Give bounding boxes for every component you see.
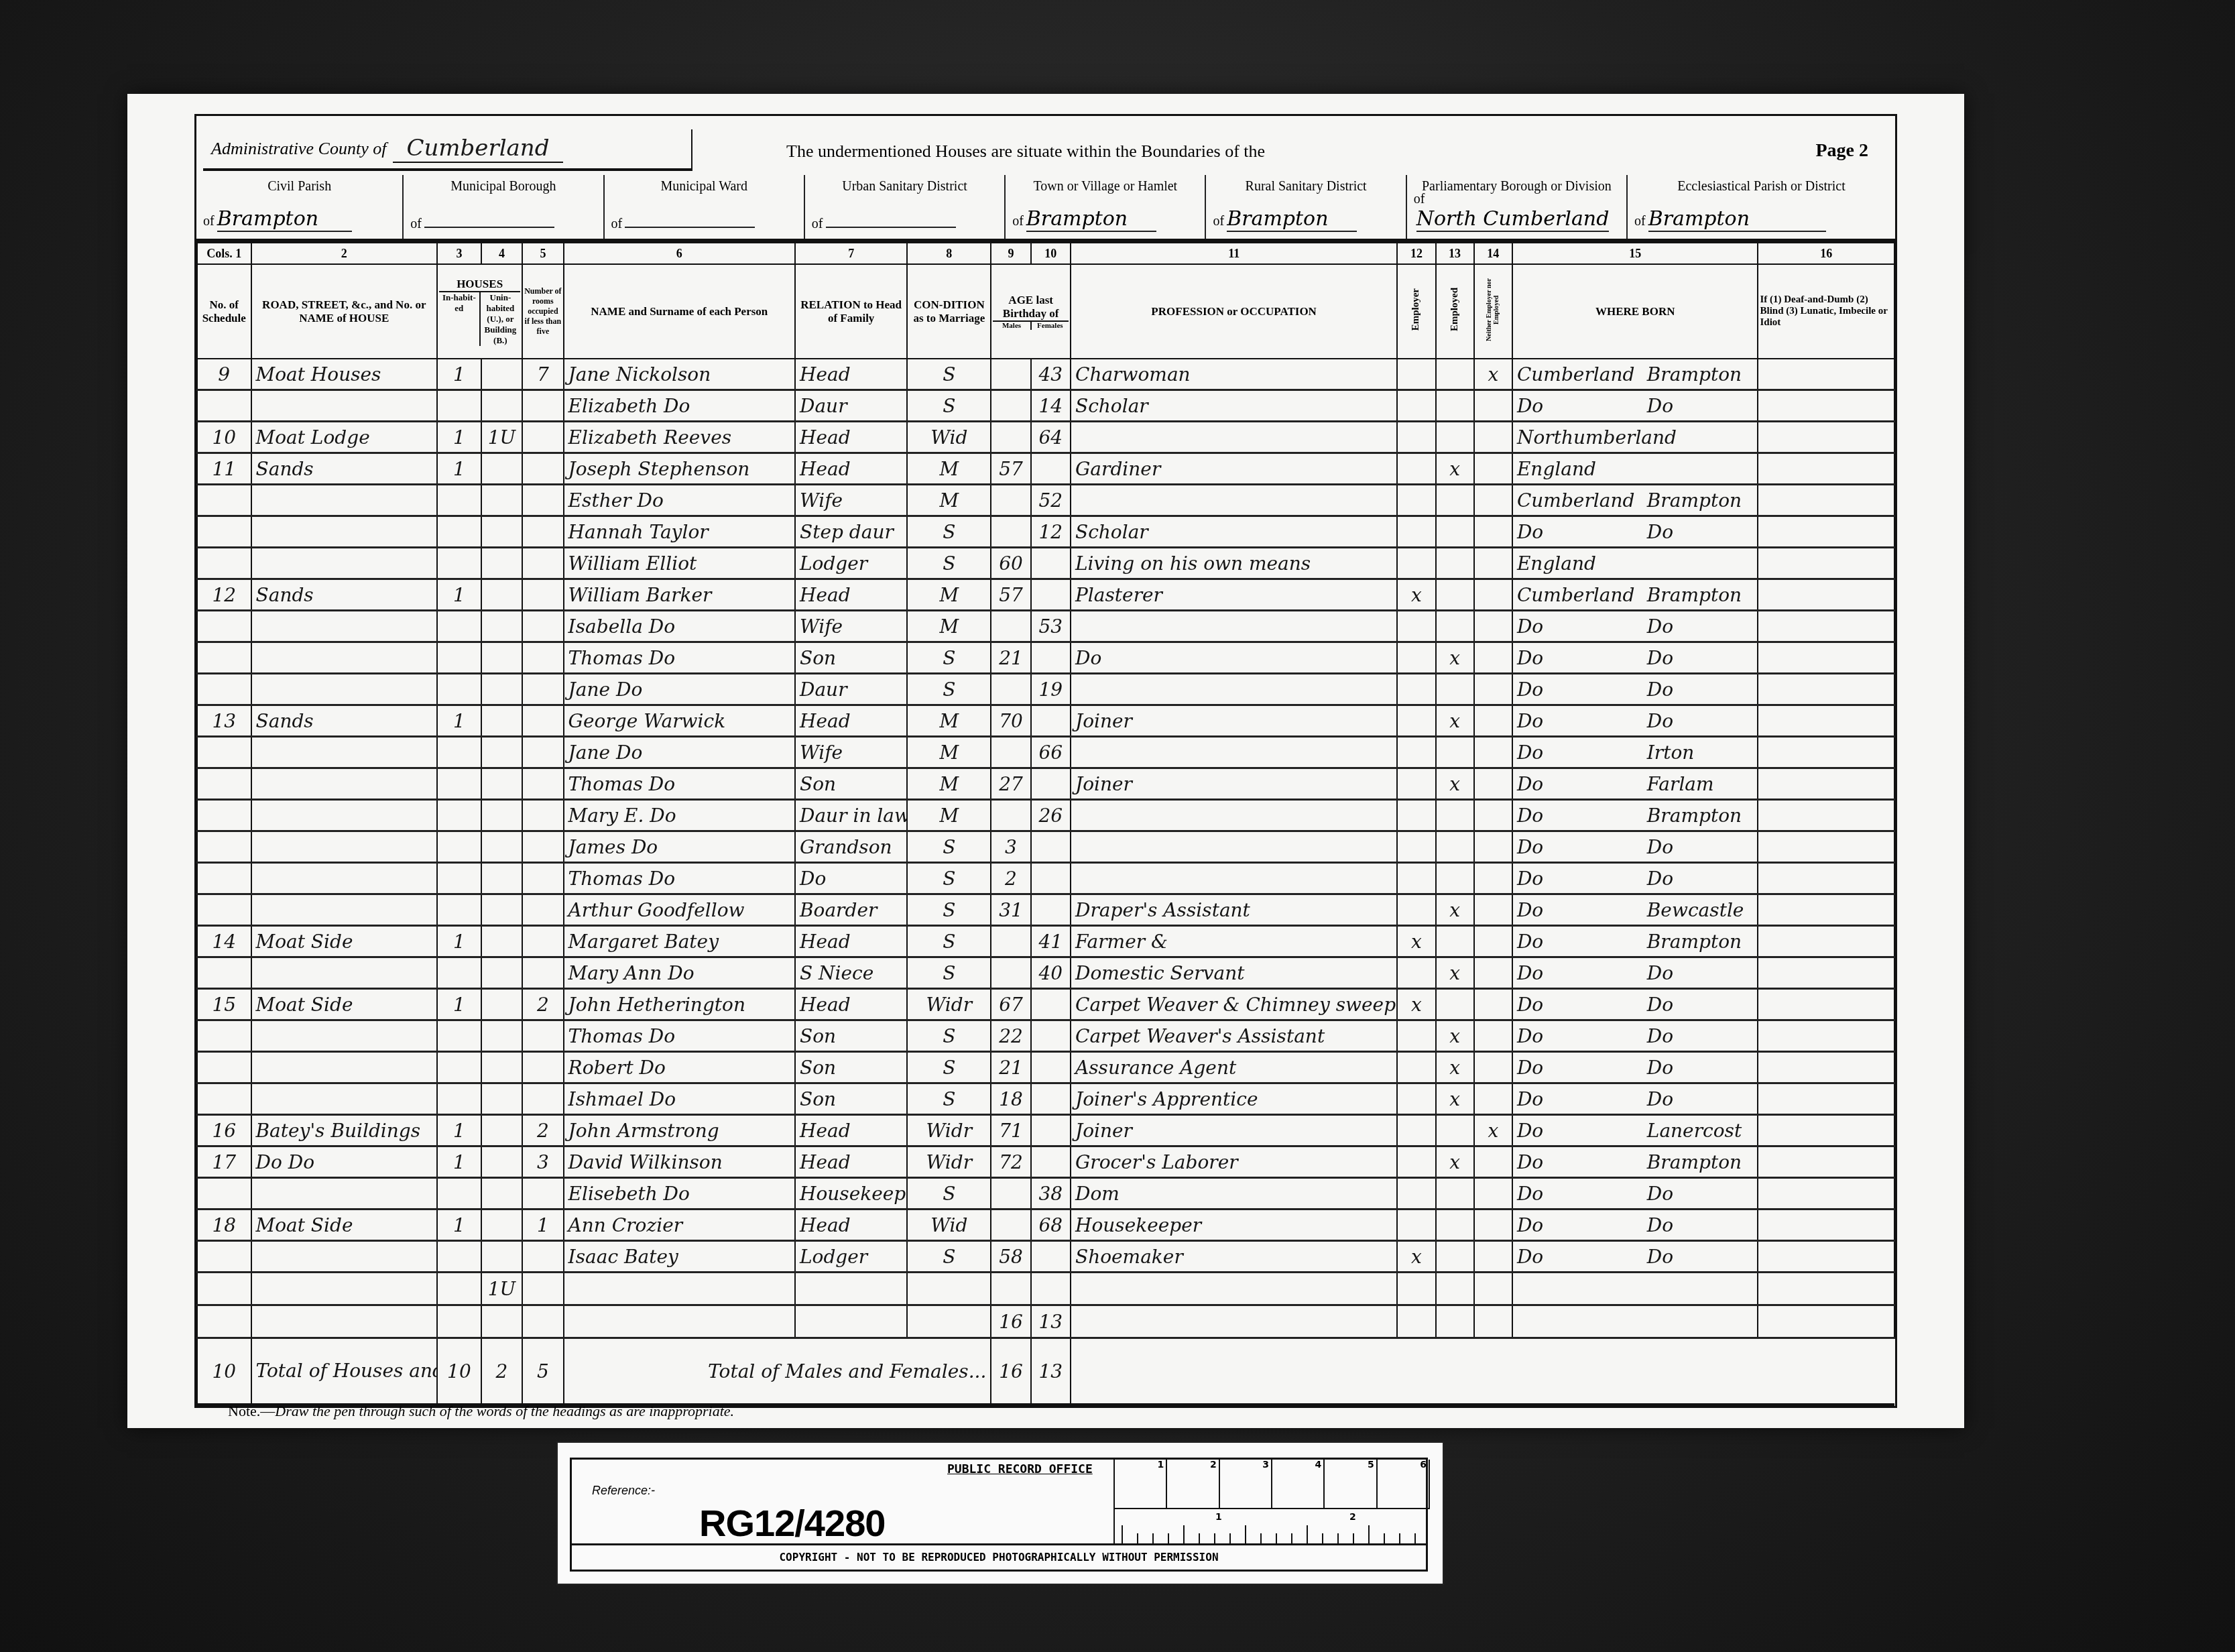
- cell-infirmity: [1758, 611, 1894, 642]
- cell-schedule: [197, 1052, 251, 1083]
- person-row: 13Sands1George WarwickHeadM70JoinerxDoDo: [197, 705, 1894, 737]
- cell-employer: [1397, 1052, 1435, 1083]
- cell-inhabited: [437, 611, 481, 642]
- cell-house: [251, 957, 438, 989]
- cell-house: [251, 1241, 438, 1273]
- district-value: [625, 227, 755, 228]
- reference-code: RG12/4280: [699, 1501, 885, 1545]
- cell-male-age: [991, 926, 1030, 957]
- cell-schedule: [197, 674, 251, 705]
- employer-label: Employer: [1410, 288, 1422, 331]
- cell-employer: [1397, 705, 1435, 737]
- born-place: Brampton: [1647, 489, 1742, 512]
- cell-female-age: [1031, 989, 1071, 1020]
- cell-rooms: [522, 485, 563, 516]
- cell-male-age: 72: [991, 1146, 1030, 1178]
- born-place: Brampton: [1647, 584, 1742, 606]
- cell-condition: M: [907, 737, 991, 768]
- cell-rooms: [522, 1178, 563, 1209]
- cell-occupation: [1071, 485, 1397, 516]
- col-occupation-heading: PROFESSION or OCCUPATION: [1071, 264, 1397, 359]
- cell-relation: Step daur: [795, 516, 907, 548]
- person-row: Elisebeth DoHousekeeperS38DomDoDo: [197, 1178, 1894, 1209]
- cell-house: [251, 1083, 438, 1115]
- cell-schedule: 13: [197, 705, 251, 737]
- cell-occupation: Farmer &: [1071, 926, 1397, 957]
- cell-rooms: [522, 516, 563, 548]
- cell-occupation: Do: [1071, 642, 1397, 674]
- cell-neither: [1474, 390, 1512, 422]
- district-label: Urban Sanitary District: [805, 175, 1004, 194]
- cell-where-born: CumberlandBrampton: [1512, 485, 1758, 516]
- cell-occupation: Joiner: [1071, 705, 1397, 737]
- cell-name: Elizabeth Reeves: [564, 422, 795, 453]
- cell-employed: x: [1436, 957, 1474, 989]
- cell-schedule: [197, 1020, 251, 1052]
- cell-employer: [1397, 453, 1435, 485]
- born-county: Do: [1517, 1183, 1647, 1205]
- ruler-inch-mark: 1: [1215, 1512, 1222, 1523]
- cell-schedule: [197, 1083, 251, 1115]
- cell-employed: [1436, 1115, 1474, 1146]
- cell-neither: [1474, 863, 1512, 894]
- cell-inhabited: [437, 485, 481, 516]
- col-road-heading: ROAD, STREET, &c., and No. or NAME of HO…: [251, 264, 438, 359]
- born-county: England: [1517, 458, 1647, 480]
- cell-where-born: DoDo: [1512, 516, 1758, 548]
- cell-name: George Warwick: [564, 705, 795, 737]
- person-row: 10Moat Lodge11UElizabeth ReevesHeadWid64…: [197, 422, 1894, 453]
- cell-rooms: 2: [522, 1115, 563, 1146]
- district-value: Brampton: [1227, 207, 1357, 232]
- cell-condition: M: [907, 611, 991, 642]
- cell-relation: Son: [795, 1083, 907, 1115]
- cell-male-age: 60: [991, 548, 1030, 579]
- district-6: Parliamentary Borough or DivisionofNorth…: [1407, 175, 1628, 239]
- cell-uninhabited: [481, 926, 522, 957]
- cell-employed: [1436, 674, 1474, 705]
- born-county: Northumberland: [1517, 426, 1647, 449]
- cell-where-born: DoDo: [1512, 1241, 1758, 1273]
- cell-relation: Grandson: [795, 831, 907, 863]
- cell-employed: [1436, 800, 1474, 831]
- col-rooms-heading: Number of rooms occupied if less than fi…: [522, 264, 563, 359]
- person-row: 12Sands1William BarkerHeadM57PlastererxC…: [197, 579, 1894, 611]
- cell-neither: [1474, 705, 1512, 737]
- cell-relation: Daur: [795, 390, 907, 422]
- column-number: 8: [907, 243, 991, 264]
- cell-relation: Housekeeper: [795, 1178, 907, 1209]
- uninhabited-label: Unin-habited (U.), or Building (B.): [481, 292, 521, 346]
- cell-condition: S: [907, 674, 991, 705]
- born-county: Do: [1517, 773, 1647, 795]
- cell-rooms: [522, 705, 563, 737]
- cell-occupation: [1071, 674, 1397, 705]
- cell-employer: [1397, 800, 1435, 831]
- person-row: 18Moat Side11Ann CrozierHeadWid68Houseke…: [197, 1209, 1894, 1241]
- cell-inhabited: [437, 768, 481, 800]
- ruler-cm-mark: 4: [1272, 1460, 1325, 1508]
- cell-infirmity: [1758, 800, 1894, 831]
- col-age-heading: AGE last Birthday of Males Females: [991, 264, 1071, 359]
- cell-employer: [1397, 768, 1435, 800]
- cell-rooms: [522, 674, 563, 705]
- cell-where-born: CumberlandBrampton: [1512, 579, 1758, 611]
- census-frame: Administrative County of Cumberland The …: [194, 114, 1897, 1408]
- cell-female-age: [1031, 1241, 1071, 1273]
- cell-occupation: Joiner's Apprentice: [1071, 1083, 1397, 1115]
- cell-male-age: [991, 516, 1030, 548]
- cell-schedule: [197, 390, 251, 422]
- cell-female-age: [1031, 1020, 1071, 1052]
- born-county: Do: [1517, 1057, 1647, 1079]
- cell-employed: [1436, 989, 1474, 1020]
- cell-infirmity: [1758, 1146, 1894, 1178]
- cell-occupation: Carpet Weaver & Chimney sweep: [1071, 989, 1397, 1020]
- born-place: Farlam: [1647, 773, 1714, 795]
- subtotal-row: 16 13: [197, 1305, 1894, 1338]
- houses-label: HOUSES: [439, 278, 520, 292]
- cell-condition: S: [907, 1020, 991, 1052]
- cell-condition: Widr: [907, 1115, 991, 1146]
- person-row: Jane DoDaurS19DoDo: [197, 674, 1894, 705]
- cell-name: David Wilkinson: [564, 1146, 795, 1178]
- cell-condition: S: [907, 926, 991, 957]
- cell-inhabited: [437, 390, 481, 422]
- cell-infirmity: [1758, 453, 1894, 485]
- cell-house: [251, 1178, 438, 1209]
- reference-card: PUBLIC RECORD OFFICE Reference:- RG12/42…: [556, 1441, 1444, 1585]
- reference-label: Reference:-: [592, 1484, 655, 1498]
- district-label: Town or Village or Hamlet: [1006, 175, 1205, 194]
- cell-female-age: 40: [1031, 957, 1071, 989]
- born-place: Do: [1647, 1057, 1673, 1079]
- born-place: Do: [1647, 962, 1673, 984]
- cell-uninhabited: [481, 1241, 522, 1273]
- cell-schedule: [197, 800, 251, 831]
- cell-uninhabited: [481, 1020, 522, 1052]
- cell-female-age: 68: [1031, 1209, 1071, 1241]
- cell-schedule: [197, 1178, 251, 1209]
- cell-employed: [1436, 359, 1474, 390]
- col-relation-heading: RELATION to Head of Family: [795, 264, 907, 359]
- cell-occupation: Scholar: [1071, 516, 1397, 548]
- cell-male-age: [991, 485, 1030, 516]
- cell-uninhabited: [481, 768, 522, 800]
- cell-occupation: [1071, 611, 1397, 642]
- cell-relation: Son: [795, 642, 907, 674]
- cell-where-born: DoBrampton: [1512, 1146, 1758, 1178]
- cell-employer: x: [1397, 926, 1435, 957]
- age-label: AGE last Birthday of: [993, 294, 1069, 322]
- cell-name: Margaret Batey: [564, 926, 795, 957]
- cell-infirmity: [1758, 863, 1894, 894]
- cell-schedule: 10: [197, 422, 251, 453]
- cell-employer: x: [1397, 1241, 1435, 1273]
- cell-neither: [1474, 516, 1512, 548]
- cell-condition: M: [907, 768, 991, 800]
- cell-condition: M: [907, 453, 991, 485]
- born-place: Do: [1647, 1246, 1673, 1268]
- cell-schedule: [197, 768, 251, 800]
- cell-female-age: [1031, 1052, 1071, 1083]
- administrative-county: Administrative County of Cumberland: [203, 129, 692, 171]
- cell-employer: [1397, 611, 1435, 642]
- born-county: Do: [1517, 1214, 1647, 1236]
- cell-occupation: Draper's Assistant: [1071, 894, 1397, 926]
- ruler-cm-mark: 6: [1378, 1460, 1430, 1508]
- census-sheet: Administrative County of Cumberland The …: [127, 94, 1964, 1428]
- cell-employer: [1397, 422, 1435, 453]
- column-number: 16: [1758, 243, 1894, 264]
- born-place: Brampton: [1647, 805, 1742, 827]
- person-row: 16Batey's Buildings12John ArmstrongHeadW…: [197, 1115, 1894, 1146]
- cell-house: Moat Houses: [251, 359, 438, 390]
- born-county: Cumberland: [1517, 363, 1647, 386]
- cell-where-born: DoDo: [1512, 989, 1758, 1020]
- district-value: Brampton: [217, 207, 352, 232]
- cell-where-born: DoDo: [1512, 390, 1758, 422]
- ruler-tick: [1122, 1525, 1123, 1545]
- cell-name: Esther Do: [564, 485, 795, 516]
- cell-rooms: [522, 768, 563, 800]
- cell-where-born: DoDo: [1512, 674, 1758, 705]
- cell-where-born: DoDo: [1512, 831, 1758, 863]
- cell-employed: [1436, 831, 1474, 863]
- cell-uninhabited: [481, 957, 522, 989]
- cell-where-born: DoBrampton: [1512, 800, 1758, 831]
- cell-house: Moat Side: [251, 926, 438, 957]
- born-county: Do: [1517, 868, 1647, 890]
- cell-employed: [1436, 926, 1474, 957]
- cell-rooms: [522, 390, 563, 422]
- cell-relation: Head: [795, 422, 907, 453]
- born-county: Do: [1517, 836, 1647, 858]
- cell-name: Ann Crozier: [564, 1209, 795, 1241]
- cell-inhabited: 1: [437, 359, 481, 390]
- cell-employer: x: [1397, 989, 1435, 1020]
- cell-male-age: 70: [991, 705, 1030, 737]
- born-place: Brampton: [1647, 931, 1742, 953]
- cell-where-born: DoBewcastle: [1512, 894, 1758, 926]
- ruler-inch-scale: 12: [1115, 1509, 1430, 1545]
- cell-male-age: 31: [991, 894, 1030, 926]
- cell-house: [251, 831, 438, 863]
- cell-neither: [1474, 1209, 1512, 1241]
- cell-where-born: DoDo: [1512, 863, 1758, 894]
- cell-employer: [1397, 737, 1435, 768]
- cell-employed: x: [1436, 768, 1474, 800]
- cell-occupation: Assurance Agent: [1071, 1052, 1397, 1083]
- cell-condition: M: [907, 485, 991, 516]
- cell-female-age: 53: [1031, 611, 1071, 642]
- cell-female-age: [1031, 642, 1071, 674]
- born-place: Lanercost: [1647, 1120, 1742, 1142]
- cell-female-age: [1031, 579, 1071, 611]
- cell-relation: Head: [795, 579, 907, 611]
- person-row: Robert DoSonS21Assurance AgentxDoDo: [197, 1052, 1894, 1083]
- cell-neither: [1474, 768, 1512, 800]
- district-0: Civil ParishofBrampton: [196, 175, 404, 239]
- cell-employed: [1436, 516, 1474, 548]
- cell-inhabited: [437, 1241, 481, 1273]
- males-label: Males: [993, 322, 1031, 330]
- cell-male-age: 27: [991, 768, 1030, 800]
- cell-where-born: DoIrton: [1512, 737, 1758, 768]
- cell-employed: [1436, 390, 1474, 422]
- cell-occupation: Shoemaker: [1071, 1241, 1397, 1273]
- cell-employer: [1397, 831, 1435, 863]
- district-4: Town or Village or HamletofBrampton: [1006, 175, 1206, 239]
- col-schedule-heading: No. of Schedule: [197, 264, 251, 359]
- cell-employed: [1436, 422, 1474, 453]
- cell-neither: [1474, 737, 1512, 768]
- cell-name: Thomas Do: [564, 1020, 795, 1052]
- cell-rooms: [522, 1241, 563, 1273]
- total-males: 16: [991, 1338, 1030, 1406]
- cell-male-age: 21: [991, 642, 1030, 674]
- note-text: Draw the pen through such of the words o…: [275, 1403, 734, 1419]
- cell-employer: x: [1397, 579, 1435, 611]
- cell-uninhabited: [481, 579, 522, 611]
- cell-house: Do Do: [251, 1146, 438, 1178]
- blank-uninhabited: 1U: [481, 1273, 522, 1305]
- cell-rooms: [522, 579, 563, 611]
- cell-name: Hannah Taylor: [564, 516, 795, 548]
- cell-condition: S: [907, 642, 991, 674]
- born-county: Cumberland: [1517, 489, 1647, 512]
- person-row: Hannah TaylorStep daurS12ScholarDoDo: [197, 516, 1894, 548]
- cell-neither: [1474, 642, 1512, 674]
- cell-female-age: 43: [1031, 359, 1071, 390]
- cell-inhabited: [437, 1178, 481, 1209]
- cell-female-age: [1031, 705, 1071, 737]
- cell-infirmity: [1758, 1178, 1894, 1209]
- cell-neither: [1474, 1020, 1512, 1052]
- cell-where-born: DoDo: [1512, 957, 1758, 989]
- cell-employed: [1436, 1241, 1474, 1273]
- cell-house: [251, 516, 438, 548]
- cell-relation: Daur in law: [795, 800, 907, 831]
- cell-schedule: [197, 863, 251, 894]
- cell-employer: [1397, 957, 1435, 989]
- person-row: Thomas DoSonS22Carpet Weaver's Assistant…: [197, 1020, 1894, 1052]
- district-prefix: of: [1012, 214, 1024, 229]
- district-3: Urban Sanitary Districtof: [805, 175, 1006, 239]
- cell-relation: Wife: [795, 611, 907, 642]
- cell-name: Thomas Do: [564, 768, 795, 800]
- cell-name: John Hetherington: [564, 989, 795, 1020]
- district-5: Rural Sanitary DistrictofBrampton: [1206, 175, 1406, 239]
- cell-female-age: 19: [1031, 674, 1071, 705]
- cell-employed: [1436, 611, 1474, 642]
- cell-female-age: [1031, 894, 1071, 926]
- cell-uninhabited: [481, 390, 522, 422]
- cell-rooms: 2: [522, 989, 563, 1020]
- column-number: 6: [564, 243, 795, 264]
- cell-infirmity: [1758, 894, 1894, 926]
- cell-employer: [1397, 1209, 1435, 1241]
- cell-name: Robert Do: [564, 1052, 795, 1083]
- district-prefix: of: [1414, 192, 1425, 206]
- cell-schedule: 14: [197, 926, 251, 957]
- cell-inhabited: 1: [437, 705, 481, 737]
- total-rooms: 5: [522, 1338, 563, 1406]
- employed-label: Employed: [1449, 288, 1461, 331]
- born-place: Do: [1647, 1183, 1673, 1205]
- person-row: 17Do Do13David WilkinsonHeadWidr72Grocer…: [197, 1146, 1894, 1178]
- cell-male-age: 22: [991, 1020, 1030, 1052]
- total-uninhabited: 2: [481, 1338, 522, 1406]
- cell-relation: Son: [795, 768, 907, 800]
- column-number: 12: [1397, 243, 1435, 264]
- cell-condition: M: [907, 705, 991, 737]
- cell-employed: [1436, 548, 1474, 579]
- cell-infirmity: [1758, 926, 1894, 957]
- cell-schedule: 16: [197, 1115, 251, 1146]
- person-row: James DoGrandsonS3DoDo: [197, 831, 1894, 863]
- column-number: 3: [437, 243, 481, 264]
- district-prefix: of: [611, 217, 623, 231]
- cell-neither: [1474, 1083, 1512, 1115]
- cell-male-age: [991, 1178, 1030, 1209]
- cell-infirmity: [1758, 737, 1894, 768]
- cell-occupation: Plasterer: [1071, 579, 1397, 611]
- cell-inhabited: [437, 642, 481, 674]
- totals-row: 10 Total of Houses and of Tenements with…: [197, 1338, 1894, 1406]
- cell-male-age: 18: [991, 1083, 1030, 1115]
- cell-uninhabited: [481, 705, 522, 737]
- cell-name: Arthur Goodfellow: [564, 894, 795, 926]
- born-place: Do: [1647, 994, 1673, 1016]
- cell-employed: [1436, 737, 1474, 768]
- cell-house: Moat Side: [251, 989, 438, 1020]
- cell-rooms: [522, 1052, 563, 1083]
- cell-relation: Lodger: [795, 548, 907, 579]
- born-county: Do: [1517, 678, 1647, 701]
- cell-condition: S: [907, 831, 991, 863]
- born-place: Brampton: [1647, 1151, 1742, 1173]
- cell-uninhabited: [481, 611, 522, 642]
- cell-infirmity: [1758, 957, 1894, 989]
- cell-male-age: [991, 359, 1030, 390]
- born-place: Do: [1647, 615, 1673, 638]
- cell-house: Sands: [251, 579, 438, 611]
- district-value: Brampton: [1648, 207, 1826, 232]
- column-number: 5: [522, 243, 563, 264]
- cell-male-age: 21: [991, 1052, 1030, 1083]
- cell-occupation: Housekeeper: [1071, 1209, 1397, 1241]
- cell-uninhabited: [481, 737, 522, 768]
- cell-neither: [1474, 422, 1512, 453]
- cell-female-age: 41: [1031, 926, 1071, 957]
- cell-female-age: 26: [1031, 800, 1071, 831]
- cell-house: [251, 1052, 438, 1083]
- cell-condition: Wid: [907, 422, 991, 453]
- column-number: 15: [1512, 243, 1758, 264]
- cell-name: James Do: [564, 831, 795, 863]
- cell-employed: [1436, 485, 1474, 516]
- cell-inhabited: 1: [437, 579, 481, 611]
- cell-where-born: DoDo: [1512, 1052, 1758, 1083]
- ruler-cm-mark: 1: [1115, 1460, 1167, 1508]
- cell-inhabited: [437, 1052, 481, 1083]
- cell-schedule: 12: [197, 579, 251, 611]
- cell-employer: [1397, 516, 1435, 548]
- person-row: Arthur GoodfellowBoarderS31Draper's Assi…: [197, 894, 1894, 926]
- cell-employer: [1397, 390, 1435, 422]
- column-number: 10: [1031, 243, 1071, 264]
